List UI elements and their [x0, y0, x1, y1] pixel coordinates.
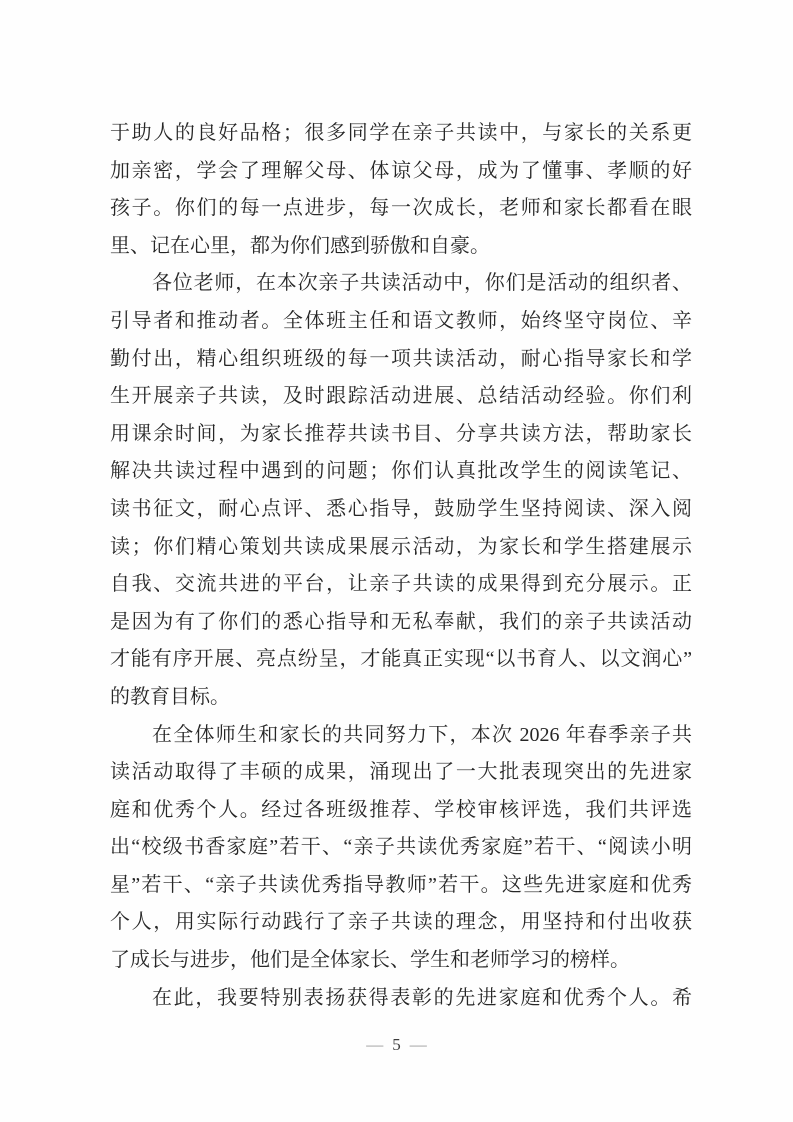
page-number-dash-right: —: [410, 1035, 427, 1054]
text-line: 里、记在心里，都为你们感到骄傲和自豪。: [110, 228, 692, 266]
text-line: 读；你们精心策划共读成果展示活动，为家长和学生搭建展示: [110, 529, 692, 567]
text-line: 读书征文，耐心点评、悉心指导，鼓励学生坚持阅读、深入阅: [110, 491, 692, 529]
text-line: 解决共读过程中遇到的问题；你们认真批改学生的阅读笔记、: [110, 453, 692, 491]
text-line: 用课余时间，为家长推荐共读书目、分享共读方法，帮助家长: [110, 416, 692, 454]
text-line: 在全体师生和家长的共同努力下，本次 2026 年春季亲子共: [110, 717, 692, 755]
text-line: 引导者和推动者。全体班主任和语文教师，始终坚守岗位、辛: [110, 303, 692, 341]
text-line: 加亲密，学会了理解父母、体谅父母，成为了懂事、孝顺的好: [110, 153, 692, 191]
page-number-value: 5: [392, 1035, 401, 1054]
paragraph: 在此，我要特别表扬获得表彰的先进家庭和优秀个人。希: [110, 980, 692, 1018]
text-line: 生开展亲子共读，及时跟踪活动进展、总结活动经验。你们利: [110, 378, 692, 416]
text-line: 孩子。你们的每一点进步，每一次成长，老师和家长都看在眼: [110, 190, 692, 228]
document-page: { "page": { "background": "#fefefe", "te…: [0, 0, 793, 1122]
paragraph: 在全体师生和家长的共同努力下，本次 2026 年春季亲子共读活动取得了丰硕的成果…: [110, 717, 692, 980]
text-line: 才能有序开展、亮点纷呈，才能真正实现“以书育人、以文润心”: [110, 641, 692, 679]
paragraph: 于助人的良好品格；很多同学在亲子共读中，与家长的关系更加亲密，学会了理解父母、体…: [110, 115, 692, 265]
document-body: 于助人的良好品格；很多同学在亲子共读中，与家长的关系更加亲密，学会了理解父母、体…: [110, 115, 692, 1017]
paragraph: 各位老师，在本次亲子共读活动中，你们是活动的组织者、引导者和推动者。全体班主任和…: [110, 265, 692, 716]
text-line: 出“校级书香家庭”若干、“亲子共读优秀家庭”若干、“阅读小明: [110, 829, 692, 867]
text-line: 读活动取得了丰硕的成果，涌现出了一大批表现突出的先进家: [110, 754, 692, 792]
page-number-dash-left: —: [366, 1035, 383, 1054]
text-line: 个人，用实际行动践行了亲子共读的理念，用坚持和付出收获: [110, 904, 692, 942]
text-line: 于助人的良好品格；很多同学在亲子共读中，与家长的关系更: [110, 115, 692, 153]
text-line: 在此，我要特别表扬获得表彰的先进家庭和优秀个人。希: [110, 980, 692, 1018]
text-line: 星”若干、“亲子共读优秀指导教师”若干。这些先进家庭和优秀: [110, 867, 692, 905]
text-line: 了成长与进步，他们是全体家长、学生和老师学习的榜样。: [110, 942, 692, 980]
text-line: 各位老师，在本次亲子共读活动中，你们是活动的组织者、: [110, 265, 692, 303]
text-line: 是因为有了你们的悉心指导和无私奉献，我们的亲子共读活动: [110, 604, 692, 642]
text-line: 的教育目标。: [110, 679, 692, 717]
text-line: 庭和优秀个人。经过各班级推荐、学校审核评选，我们共评选: [110, 792, 692, 830]
page: 于助人的良好品格；很多同学在亲子共读中，与家长的关系更加亲密，学会了理解父母、体…: [0, 0, 793, 1122]
text-line: 自我、交流共进的平台，让亲子共读的成果得到充分展示。正: [110, 566, 692, 604]
text-line: 勤付出，精心组织班级的每一项共读活动，耐心指导家长和学: [110, 341, 692, 379]
page-number: —5—: [0, 1034, 793, 1056]
